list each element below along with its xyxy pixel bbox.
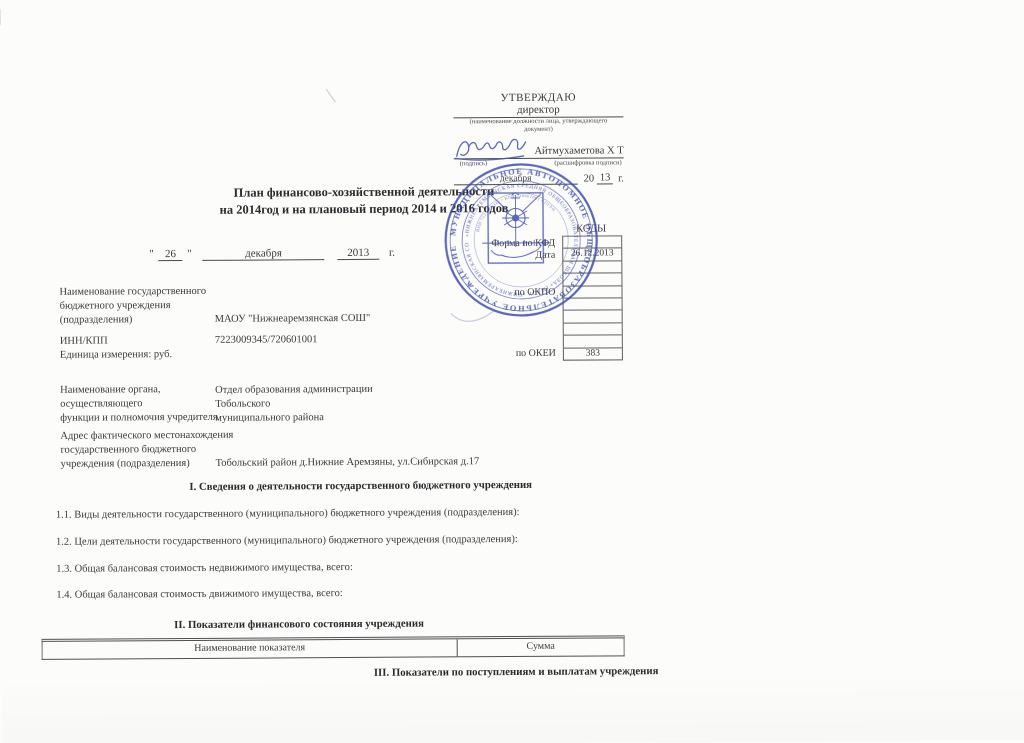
founder-label-l1: Наименование органа, осуществляющего [60,383,235,412]
signature-ink [454,135,528,161]
address-label: Адрес фактического местонахождения госуд… [60,429,240,472]
document-date-line: " 26 " декабря 2013 г. [149,247,395,262]
founder-label: Наименование органа, осуществляющего фун… [60,383,235,426]
pen-mark-under-stamp [446,304,500,332]
address-value: Тобольский район д.Нижние Аремзяны, ул.С… [216,455,480,471]
approver-position: директор [453,103,623,118]
section1-item-4: 1.4. Общая балансовая стоимость движимог… [56,587,343,603]
org-name-label-l1: Наименование государственного [59,285,229,300]
quote-open: " [149,248,154,260]
inn-label: ИНН/КПП [60,334,108,348]
code-cell [564,323,622,336]
signature-line: Айтмухаметова Х Т [454,136,624,159]
founder-value-l2: муниципального района [215,411,425,426]
section1-item-2: 1.2. Цели деятельности государственного … [56,533,518,550]
founder-label-l2: функции и полномочия учредителя [60,411,235,426]
section1-item-3: 1.3. Общая балансовая стоимость недвижим… [56,561,353,577]
org-name-value: МАОУ "Нижнеаремзянская СОШ" [215,312,371,327]
scan-edge-artifact [0,9,1,25]
section2-heading: II. Показатели финансового состояния учр… [42,617,557,632]
scan-bottom-shading [2,670,1024,743]
date-month: декабря [202,247,324,261]
date-unit: г. [389,247,395,259]
code-cell-okei: 383 [564,348,622,360]
approval-date-unit: г. [618,173,624,184]
founder-value: Отдел образования администрации Тобольск… [215,383,425,426]
address-label-l1: Адрес фактического местонахождения [60,429,240,444]
approval-word: УТВЕРЖДАЮ [453,91,623,104]
signature-transcript: Айтмухаметова Х Т [534,145,623,157]
label-okei: по ОКЕИ [444,348,556,360]
org-name-label-l2: бюджетного учреждения [60,299,230,314]
section1-heading: I. Сведения о деятельности государственн… [56,478,666,494]
column-header-sum: Сумма [458,638,624,656]
quote-close: " [187,248,192,260]
inn-value: 7223009345/720601001 [215,333,318,348]
date-year: 2013 [337,247,379,260]
unit-label: Единица измерения: руб. [60,348,172,363]
financial-state-table: Наименование показателя Сумма [42,635,625,660]
column-header-indicator: Наименование показателя [43,639,458,659]
address-label-l3: учреждения (подразделения) [61,457,241,472]
position-hint-line2: документ) [454,125,624,134]
founder-value-l1: Отдел образования администрации Тобольск… [215,383,425,412]
official-stamp-seal: МУНИЦИПАЛЬНОЕ АВТОНОМНОЕ ОБЩЕОБРАЗОВАТЕЛ… [442,160,601,319]
section1-item-1: 1.1. Виды деятельности государственного … [56,506,520,523]
scanned-document-page: УТВЕРЖДАЮ директор (наименование должнос… [0,0,1024,743]
scan-mark-top [322,86,340,106]
address-label-l2: государственного бюджетного [60,443,240,458]
date-day: 26 [158,248,182,261]
document-content: УТВЕРЖДАЮ директор (наименование должнос… [0,0,1024,743]
code-cell [564,335,622,348]
org-name-label: Наименование государственного бюджетного… [59,285,229,328]
org-name-label-l3: (подразделения) [60,313,230,328]
